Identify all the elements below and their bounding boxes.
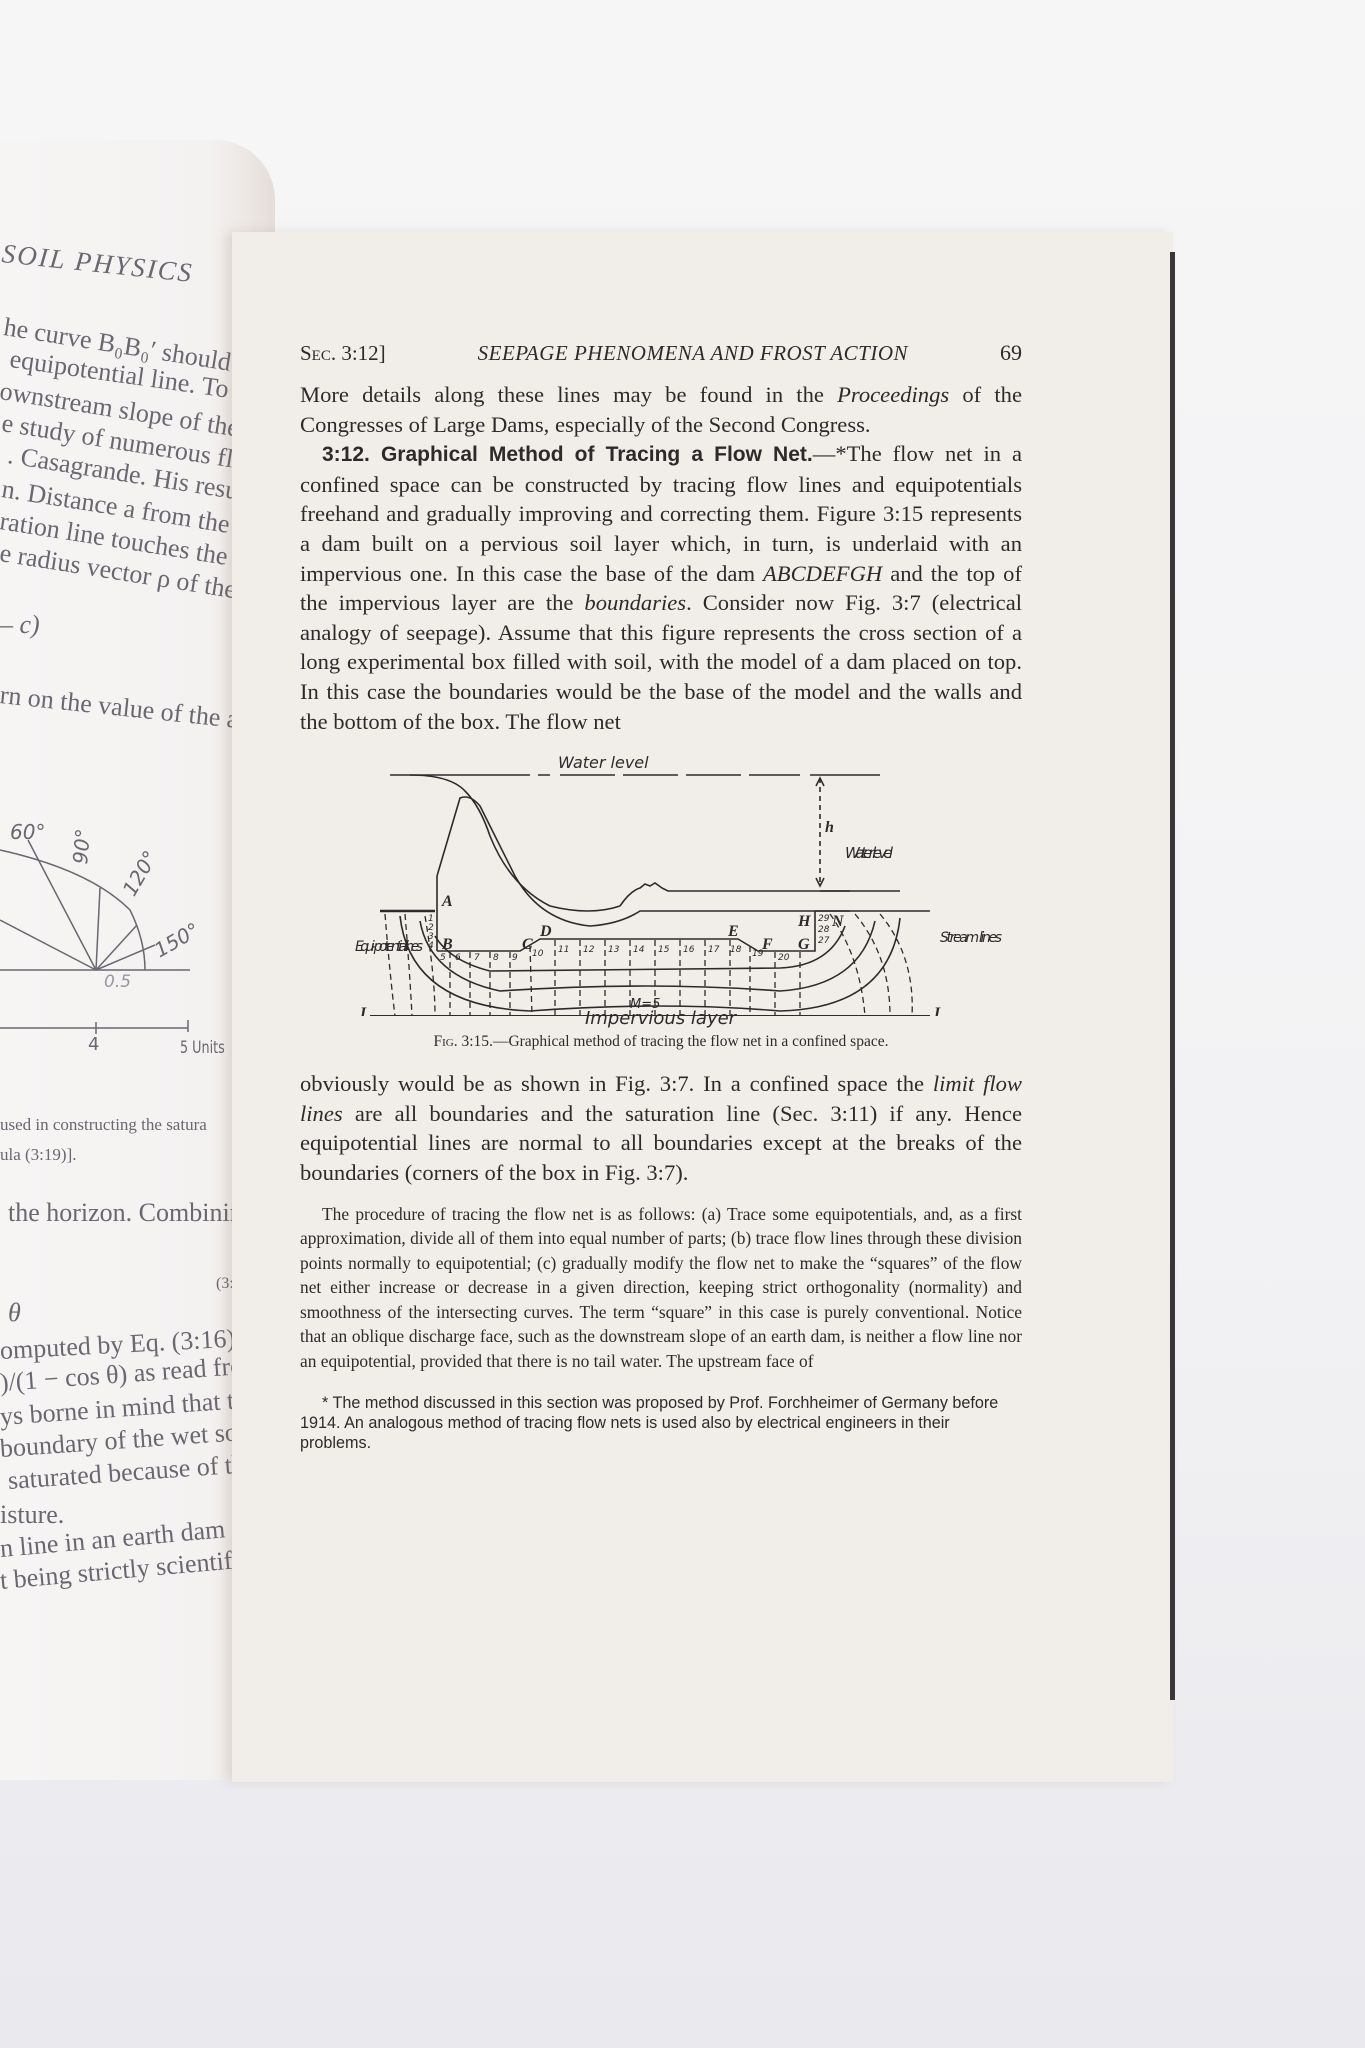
- figure-caption: Fig. 3:15.—Graphical method of tracing t…: [300, 1033, 1022, 1051]
- cell-number: 5: [440, 953, 446, 963]
- cell-number: 6: [455, 953, 461, 963]
- label-stream-lines: Stream lines: [940, 930, 1002, 946]
- cell-number: 10: [532, 949, 544, 959]
- left-line: – c): [0, 610, 40, 640]
- book-cover-edge: [1170, 252, 1175, 1700]
- cell-number: 8: [493, 953, 499, 963]
- cell-number: 9: [512, 953, 518, 963]
- point-n: N: [831, 913, 845, 930]
- caption-text: —Graphical method of tracing the flow ne…: [493, 1033, 889, 1050]
- point-i-left: I: [359, 1005, 367, 1016]
- section-heading: 3:12. Graphical Method of Tracing a Flow…: [322, 443, 813, 466]
- text-run: More details along these lines may be fo…: [300, 382, 837, 407]
- point-g: G: [798, 936, 810, 953]
- left-line: isture.: [0, 1500, 64, 1530]
- left-line: ula (3:19)].: [0, 1145, 76, 1165]
- cell-number: 19: [752, 949, 764, 959]
- cell-number: 28: [818, 925, 830, 935]
- cell-number: 13: [608, 945, 620, 955]
- figure-flow-net: Water level h Water level Equi- potentia…: [300, 746, 1022, 1031]
- label-impervious-layer: Impervious layer: [585, 1008, 736, 1029]
- cell-number: 15: [658, 945, 670, 955]
- label-h: h: [825, 819, 834, 836]
- cell-number: 29: [818, 914, 830, 924]
- left-line: rn on the value of the an: [0, 680, 253, 736]
- text-run: obviously would be as shown in Fig. 3:7.…: [300, 1071, 933, 1096]
- point-h: H: [797, 913, 811, 930]
- angle-label-90: 90°: [68, 828, 95, 865]
- label-water-level-top: Water level: [558, 753, 649, 772]
- caption-label: Fig. 3:15.: [434, 1033, 493, 1050]
- cell-number: 16: [683, 945, 695, 955]
- footnote: * The method discussed in this section w…: [300, 1393, 1022, 1453]
- italic-run: ABCDEFGH: [763, 561, 882, 586]
- left-line: used in constructing the satura: [0, 1115, 207, 1135]
- point-d: D: [539, 923, 552, 940]
- cell-number: 14: [633, 945, 645, 955]
- page-number: 69: [1000, 340, 1022, 366]
- italic-run: boundaries: [584, 590, 686, 615]
- text-run: are all boundaries and the saturation li…: [300, 1101, 1022, 1185]
- cell-number: 27: [818, 936, 830, 946]
- paragraph-section-3-12: 3:12. Graphical Method of Tracing a Flow…: [300, 439, 1022, 736]
- label-equipotential-lines: Equi- potential lines: [355, 939, 423, 955]
- cell-number: 12: [583, 945, 595, 955]
- scale-label-4: 4: [88, 1034, 99, 1055]
- italic-run: Proceedings: [837, 382, 949, 407]
- paragraph-proceedings: More details along these lines may be fo…: [300, 380, 1022, 439]
- cell-number: 17: [708, 945, 720, 955]
- left-running-head: SOIL PHYSICS: [0, 238, 194, 289]
- running-title: SEEPAGE PHENOMENA AND FROST ACTION: [478, 341, 908, 366]
- angle-label-60: 60°: [10, 820, 45, 844]
- scale-label-5-units: 5 Units: [180, 1038, 225, 1058]
- paragraph-limit-flow-lines: obviously would be as shown in Fig. 3:7.…: [300, 1069, 1022, 1187]
- cell-number: 20: [778, 953, 790, 963]
- left-line: the horizon. Combining: [8, 1198, 256, 1228]
- cell-number: 18: [730, 945, 742, 955]
- running-head: Sec. 3:12] SEEPAGE PHENOMENA AND FROST A…: [300, 340, 1022, 380]
- cell-number: 7: [474, 953, 480, 963]
- label-water-level-right: Water level: [845, 844, 894, 862]
- point-a: A: [441, 893, 453, 910]
- paragraph-procedure: The procedure of tracing the flow net is…: [300, 1202, 1022, 1374]
- flow-net-diagram: Water level h Water level Equi- potentia…: [300, 746, 1022, 1016]
- right-page: Sec. 3:12] SEEPAGE PHENOMENA AND FROST A…: [232, 232, 1173, 1782]
- cell-number: 4: [428, 941, 434, 951]
- section-ref: Sec. 3:12]: [300, 341, 386, 366]
- page-content: Sec. 3:12] SEEPAGE PHENOMENA AND FROST A…: [300, 340, 1022, 1469]
- point-label: 0.5: [104, 972, 131, 992]
- point-i-right: I: [933, 1005, 941, 1016]
- left-line: θ: [8, 1298, 21, 1328]
- point-b: B: [441, 936, 453, 953]
- point-e: E: [727, 923, 739, 940]
- cell-number: 11: [558, 945, 569, 955]
